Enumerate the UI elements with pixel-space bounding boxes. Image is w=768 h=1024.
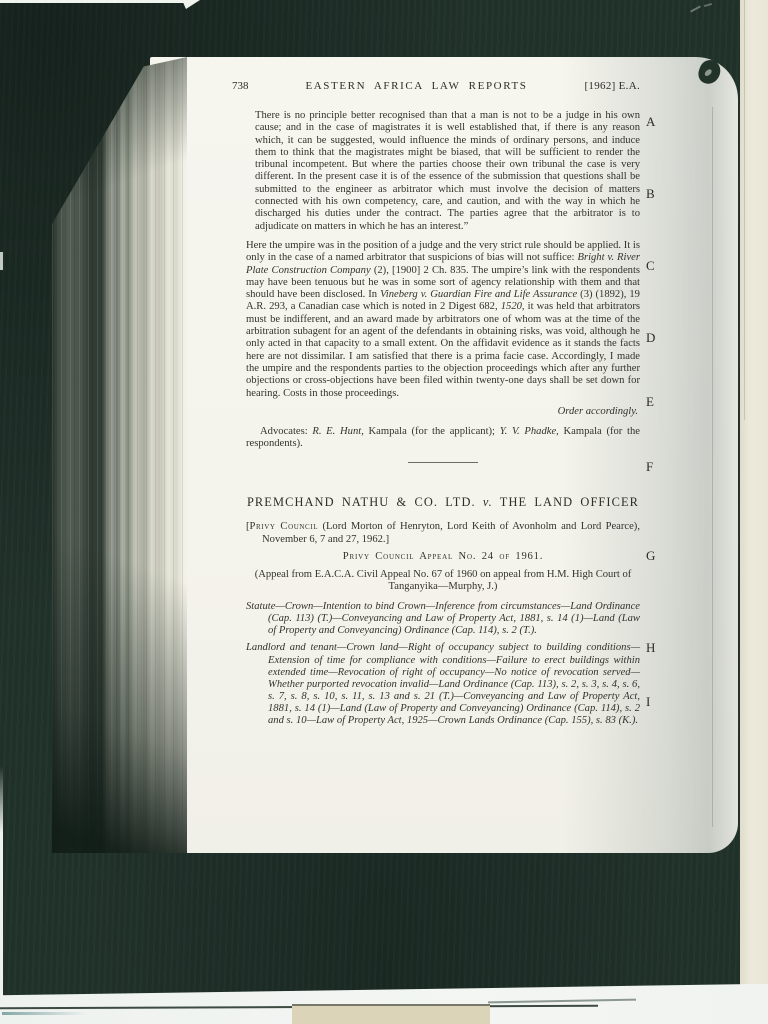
page-number: 738 [232, 80, 249, 92]
pen-scratch-mark [704, 3, 712, 7]
section-divider [408, 462, 478, 463]
margin-letter: A [646, 114, 656, 130]
advocates-line: Advocates: R. E. Hunt, Kampala (for the … [246, 426, 640, 451]
margin-letter: C [646, 258, 655, 274]
photo-bottom-tab [292, 1004, 490, 1024]
running-title: EASTERN AFRICA LAW REPORTS [305, 80, 527, 92]
photo-left-tick [0, 252, 3, 270]
case-title: PREMCHAND NATHU & CO. LTD. v. THE LAND O… [246, 495, 640, 509]
page-header: 738 EASTERN AFRICA LAW REPORTS [1962] E.… [232, 80, 640, 92]
order-line: Order accordingly. [246, 406, 640, 418]
margin-letter: G [646, 548, 656, 564]
margin-letter: I [646, 694, 651, 710]
margin-letter: E [646, 394, 654, 410]
photo-left-edge [0, 766, 3, 1024]
text-column: There is no principle better recognised … [246, 110, 640, 727]
volume-cite: [1962] E.A. [584, 80, 640, 92]
margin-letter: H [646, 640, 656, 656]
appeal-number: Privy Council Appeal No. 24 of 1961. [246, 551, 640, 563]
margin-letter: F [646, 459, 654, 475]
case-title-appellant: PREMCHAND NATHU & CO. LTD. [247, 495, 476, 509]
headnote-catchline-1: Statute—Crown—Intention to bind Crown—In… [246, 601, 640, 637]
pen-scratch-mark [690, 6, 701, 13]
margin-letter-column: A B C D E F G H I [646, 0, 666, 1024]
appeal-origin: (Appeal from E.A.C.A. Civil Appeal No. 6… [246, 569, 640, 595]
judgment-paragraph: Here the umpire was in the position of a… [246, 240, 640, 400]
adjacent-page-edge [740, 0, 768, 1024]
quoted-passage: There is no principle better recognised … [255, 110, 640, 233]
scanned-book-photo: 738 EASTERN AFRICA LAW REPORTS [1962] E.… [0, 0, 768, 1024]
margin-letter: D [646, 330, 656, 346]
page-corner-notch [696, 57, 723, 86]
book-fore-edge-pages [52, 57, 187, 853]
photo-top-sliver [0, 0, 190, 3]
margin-letter: B [646, 186, 655, 202]
headnote-catchline-2: Landlord and tenant—Crown land—Right of … [246, 642, 640, 727]
page-edge-crease [712, 107, 713, 827]
photo-top-wedge [182, 0, 200, 9]
case-title-versus: v. [483, 495, 493, 509]
photo-bottom-scanline [2, 1012, 86, 1015]
case-title-respondent: THE LAND OFFICER [500, 495, 639, 509]
court-composition: [Privy Council (Lord Morton of Henryton,… [246, 521, 640, 547]
